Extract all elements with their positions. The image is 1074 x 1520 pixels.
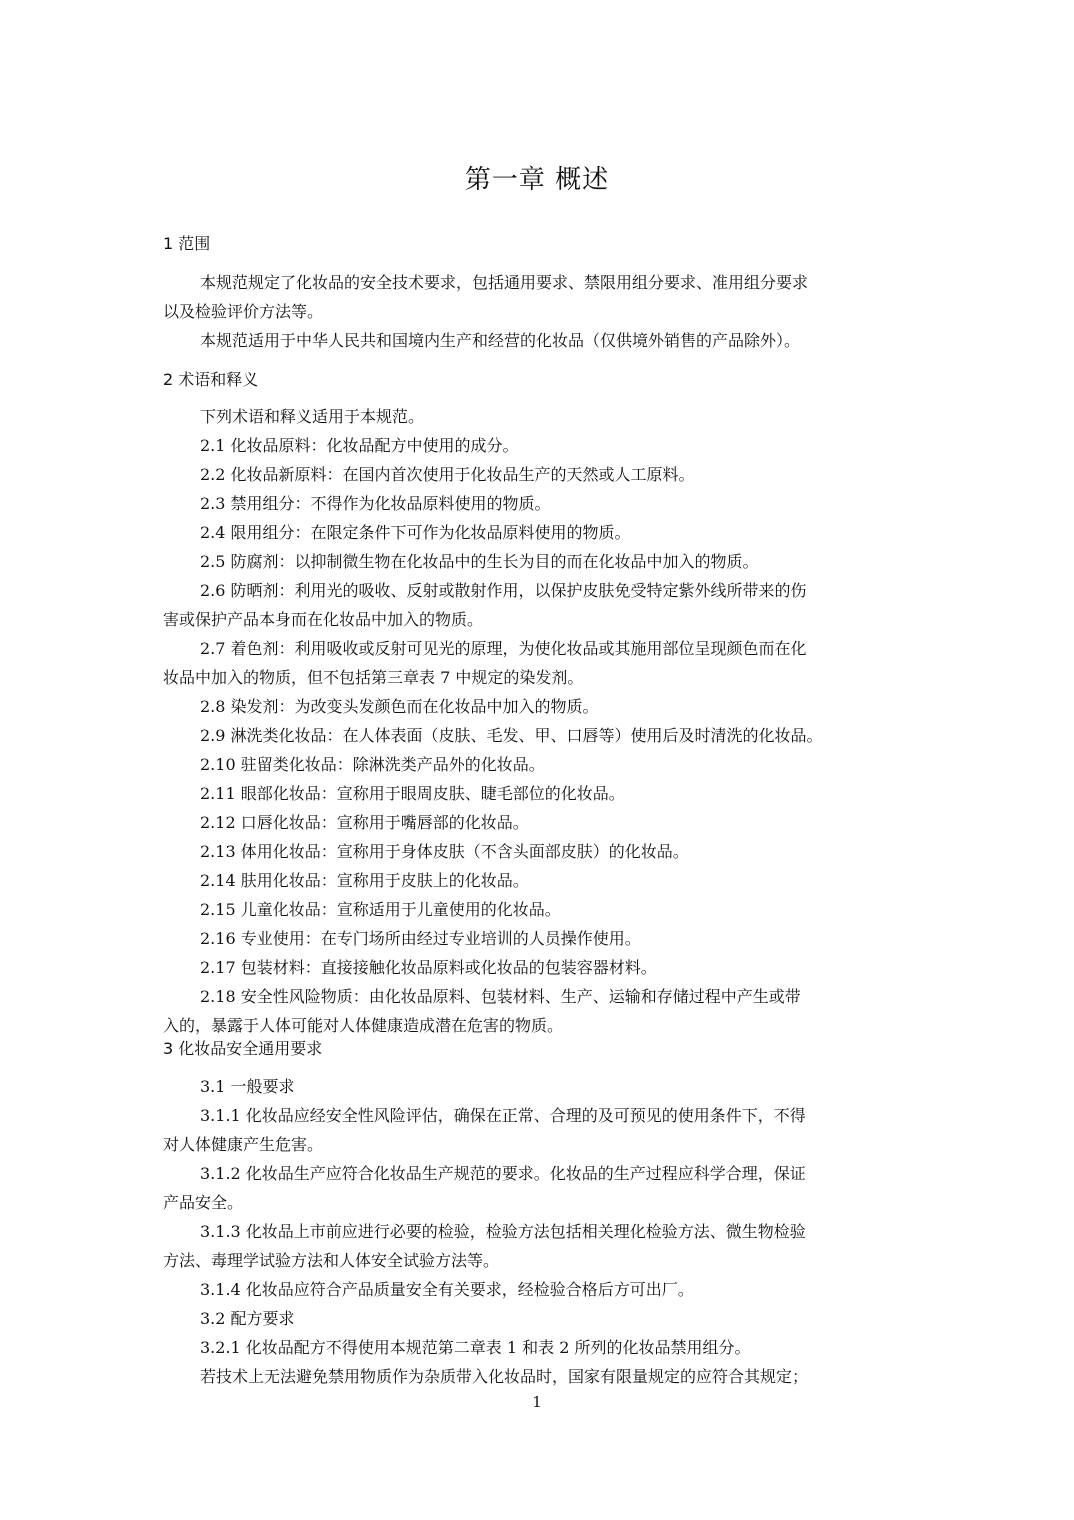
section-general-requirements-body: 3.1 一般要求 3.1.1 化妆品应经安全性风险评估，确保在正常、合理的及可预… bbox=[163, 1072, 913, 1391]
term-definition: 2.4 限用组分：在限定条件下可作为化妆品原料使用的物质。 bbox=[163, 518, 913, 547]
requirement-item-cont: 方法、毒理学试验方法和人体安全试验方法等。 bbox=[163, 1246, 913, 1275]
term-definition: 2.3 禁用组分：不得作为化妆品原料使用的物质。 bbox=[163, 489, 913, 518]
term-definition-cont: 入的，暴露于人体可能对人体健康造成潜在危害的物质。 bbox=[163, 1011, 913, 1040]
paragraph-line: 以及检验评价方法等。 bbox=[163, 297, 913, 326]
requirement-item: 3.1.1 化妆品应经安全性风险评估，确保在正常、合理的及可预见的使用条件下，不… bbox=[163, 1101, 913, 1130]
term-definition: 2.6 防晒剂：利用光的吸收、反射或散射作用，以保护皮肤免受特定紫外线所带来的伤 bbox=[163, 576, 913, 605]
term-definition: 2.10 驻留类化妆品：除淋洗类产品外的化妆品。 bbox=[163, 750, 913, 779]
document-page: 第一章 概述 1 范围 本规范规定了化妆品的安全技术要求，包括通用要求、禁限用组… bbox=[0, 0, 1074, 1520]
paragraph-line: 本规范规定了化妆品的安全技术要求，包括通用要求、禁限用组分要求、准用组分要求 bbox=[163, 268, 913, 297]
section-heading-terms: 2 术语和释义 bbox=[163, 368, 258, 392]
requirement-item: 3.1.2 化妆品生产应符合化妆品生产规范的要求。化妆品的生产过程应科学合理，保… bbox=[163, 1159, 913, 1188]
paragraph-line: 下列术语和释义适用于本规范。 bbox=[163, 402, 913, 431]
paragraph-line: 本规范适用于中华人民共和国境内生产和经营的化妆品（仅供境外销售的产品除外）。 bbox=[163, 326, 913, 355]
requirement-item: 3.2.1 化妆品配方不得使用本规范第二章表 1 和表 2 所列的化妆品禁用组分… bbox=[163, 1333, 913, 1362]
section-scope-body: 本规范规定了化妆品的安全技术要求，包括通用要求、禁限用组分要求、准用组分要求 以… bbox=[163, 268, 913, 355]
requirement-item-cont: 对人体健康产生危害。 bbox=[163, 1130, 913, 1159]
term-definition-cont: 妆品中加入的物质，但不包括第三章表 7 中规定的染发剂。 bbox=[163, 663, 913, 692]
term-definition-cont: 害或保护产品本身而在化妆品中加入的物质。 bbox=[163, 605, 913, 634]
term-definition: 2.2 化妆品新原料：在国内首次使用于化妆品生产的天然或人工原料。 bbox=[163, 460, 913, 489]
requirement-item: 若技术上无法避免禁用物质作为杂质带入化妆品时，国家有限量规定的应符合其规定； bbox=[163, 1362, 913, 1391]
term-definition: 2.1 化妆品原料：化妆品配方中使用的成分。 bbox=[163, 431, 913, 460]
term-definition: 2.9 淋洗类化妆品：在人体表面（皮肤、毛发、甲、口唇等）使用后及时清洗的化妆品… bbox=[163, 721, 913, 750]
chapter-title: 第一章 概述 bbox=[0, 160, 1074, 200]
requirement-item: 3.1.4 化妆品应符合产品质量安全有关要求，经检验合格后方可出厂。 bbox=[163, 1275, 913, 1304]
term-definition: 2.18 安全性风险物质：由化妆品原料、包装材料、生产、运输和存储过程中产生或带 bbox=[163, 982, 913, 1011]
subsection-heading: 3.1 一般要求 bbox=[163, 1072, 913, 1101]
term-definition: 2.7 着色剂：利用吸收或反射可见光的原理，为使化妆品或其施用部位呈现颜色而在化 bbox=[163, 634, 913, 663]
term-definition: 2.5 防腐剂：以抑制微生物在化妆品中的生长为目的而在化妆品中加入的物质。 bbox=[163, 547, 913, 576]
requirement-item-cont: 产品安全。 bbox=[163, 1188, 913, 1217]
page-number: 1 bbox=[0, 1393, 1074, 1411]
term-definition: 2.16 专业使用：在专门场所由经过专业培训的人员操作使用。 bbox=[163, 924, 913, 953]
section-heading-scope: 1 范围 bbox=[163, 232, 210, 256]
term-definition: 2.11 眼部化妆品：宣称用于眼周皮肤、睫毛部位的化妆品。 bbox=[163, 779, 913, 808]
term-definition: 2.14 肤用化妆品：宣称用于皮肤上的化妆品。 bbox=[163, 866, 913, 895]
term-definition: 2.15 儿童化妆品：宣称适用于儿童使用的化妆品。 bbox=[163, 895, 913, 924]
term-definition: 2.17 包装材料：直接接触化妆品原料或化妆品的包装容器材料。 bbox=[163, 953, 913, 982]
term-definition: 2.12 口唇化妆品：宣称用于嘴唇部的化妆品。 bbox=[163, 808, 913, 837]
term-definition: 2.13 体用化妆品：宣称用于身体皮肤（不含头面部皮肤）的化妆品。 bbox=[163, 837, 913, 866]
term-definition: 2.8 染发剂：为改变头发颜色而在化妆品中加入的物质。 bbox=[163, 692, 913, 721]
section-heading-general-requirements: 3 化妆品安全通用要求 bbox=[163, 1037, 322, 1061]
section-terms-body: 下列术语和释义适用于本规范。 2.1 化妆品原料：化妆品配方中使用的成分。 2.… bbox=[163, 402, 913, 1040]
requirement-item: 3.1.3 化妆品上市前应进行必要的检验，检验方法包括相关理化检验方法、微生物检… bbox=[163, 1217, 913, 1246]
subsection-heading: 3.2 配方要求 bbox=[163, 1304, 913, 1333]
